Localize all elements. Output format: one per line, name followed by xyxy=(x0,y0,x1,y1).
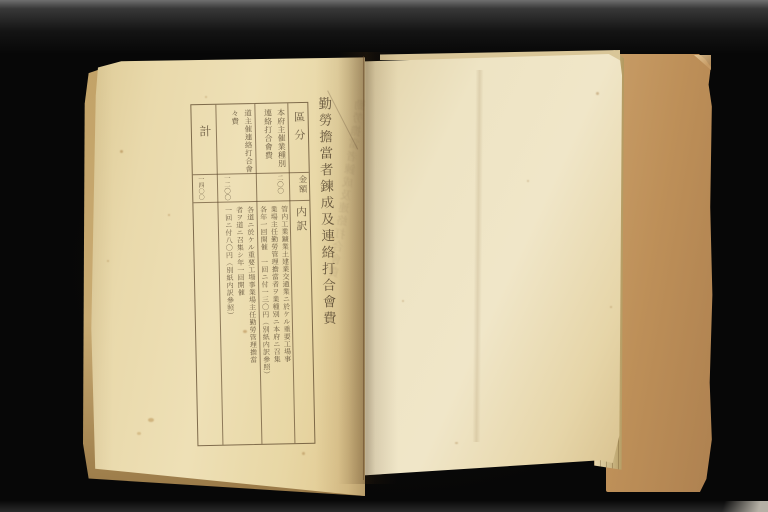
foxing-spot xyxy=(302,452,305,455)
document-title: 勤勞擔當者鍊成及連絡打合會費 xyxy=(313,96,339,406)
item2-name: 道主催連絡打合會 々費 xyxy=(218,109,255,176)
gutter-shadow xyxy=(338,52,398,484)
header-breakdown: 内訳 xyxy=(290,206,309,266)
item1-breakdown: 管内工業鑛業土建業交通業ニ於ケル重要工場事 業場主任勤勞管理擔當者ヲ業種別ニ本府… xyxy=(257,205,294,442)
archival-photo: 勤勞擔當者鍊成及連絡打合會費 勤勞擔當者鍊成及連絡打合會費 區分 金額 内訳 本… xyxy=(0,0,768,512)
background-bottom-gradient xyxy=(0,500,768,512)
total-amount: 一四〇〇 xyxy=(196,176,206,202)
item1-amount: 二〇〇 xyxy=(276,174,286,200)
foxing-spot xyxy=(205,96,207,98)
item1-name: 本府主催業種別 連絡打合會費 xyxy=(255,108,288,173)
gutter-crease-line xyxy=(363,56,364,480)
budget-table: 區分 金額 内訳 本府主催業種別 連絡打合會費 二〇〇 管内工業鑛業土建業交通業… xyxy=(190,102,315,446)
header-category: 區分 xyxy=(288,111,307,169)
total-label: 計 xyxy=(196,125,215,165)
table-rule xyxy=(193,200,309,203)
item2-amount: 一二〇〇 xyxy=(223,174,233,201)
item2-breakdown: 各道ニ於ケル重要工場事業場主任勤勞管理擔當 者ヲ道ニ召集シ年一回開催 一回ニ付八… xyxy=(219,206,260,443)
foxing-spot xyxy=(402,300,404,302)
foxing-spot xyxy=(107,260,109,262)
document-content: 勤勞擔當者鍊成及連絡打合會費 勤勞擔當者鍊成及連絡打合會費 區分 金額 内訳 本… xyxy=(84,54,370,500)
background-reflection xyxy=(703,501,768,512)
foxing-spot xyxy=(120,150,123,153)
foxing-spot xyxy=(596,92,599,95)
foxing-spot xyxy=(527,180,529,182)
foxing-spot xyxy=(243,330,247,333)
foxing-spot xyxy=(148,418,154,422)
foxing-spot xyxy=(137,432,141,435)
header-amount: 金額 xyxy=(292,175,308,199)
foxing-spot xyxy=(332,238,334,240)
foxing-spot xyxy=(455,442,458,444)
foxing-spot xyxy=(168,214,170,216)
foxing-spot xyxy=(610,306,612,308)
